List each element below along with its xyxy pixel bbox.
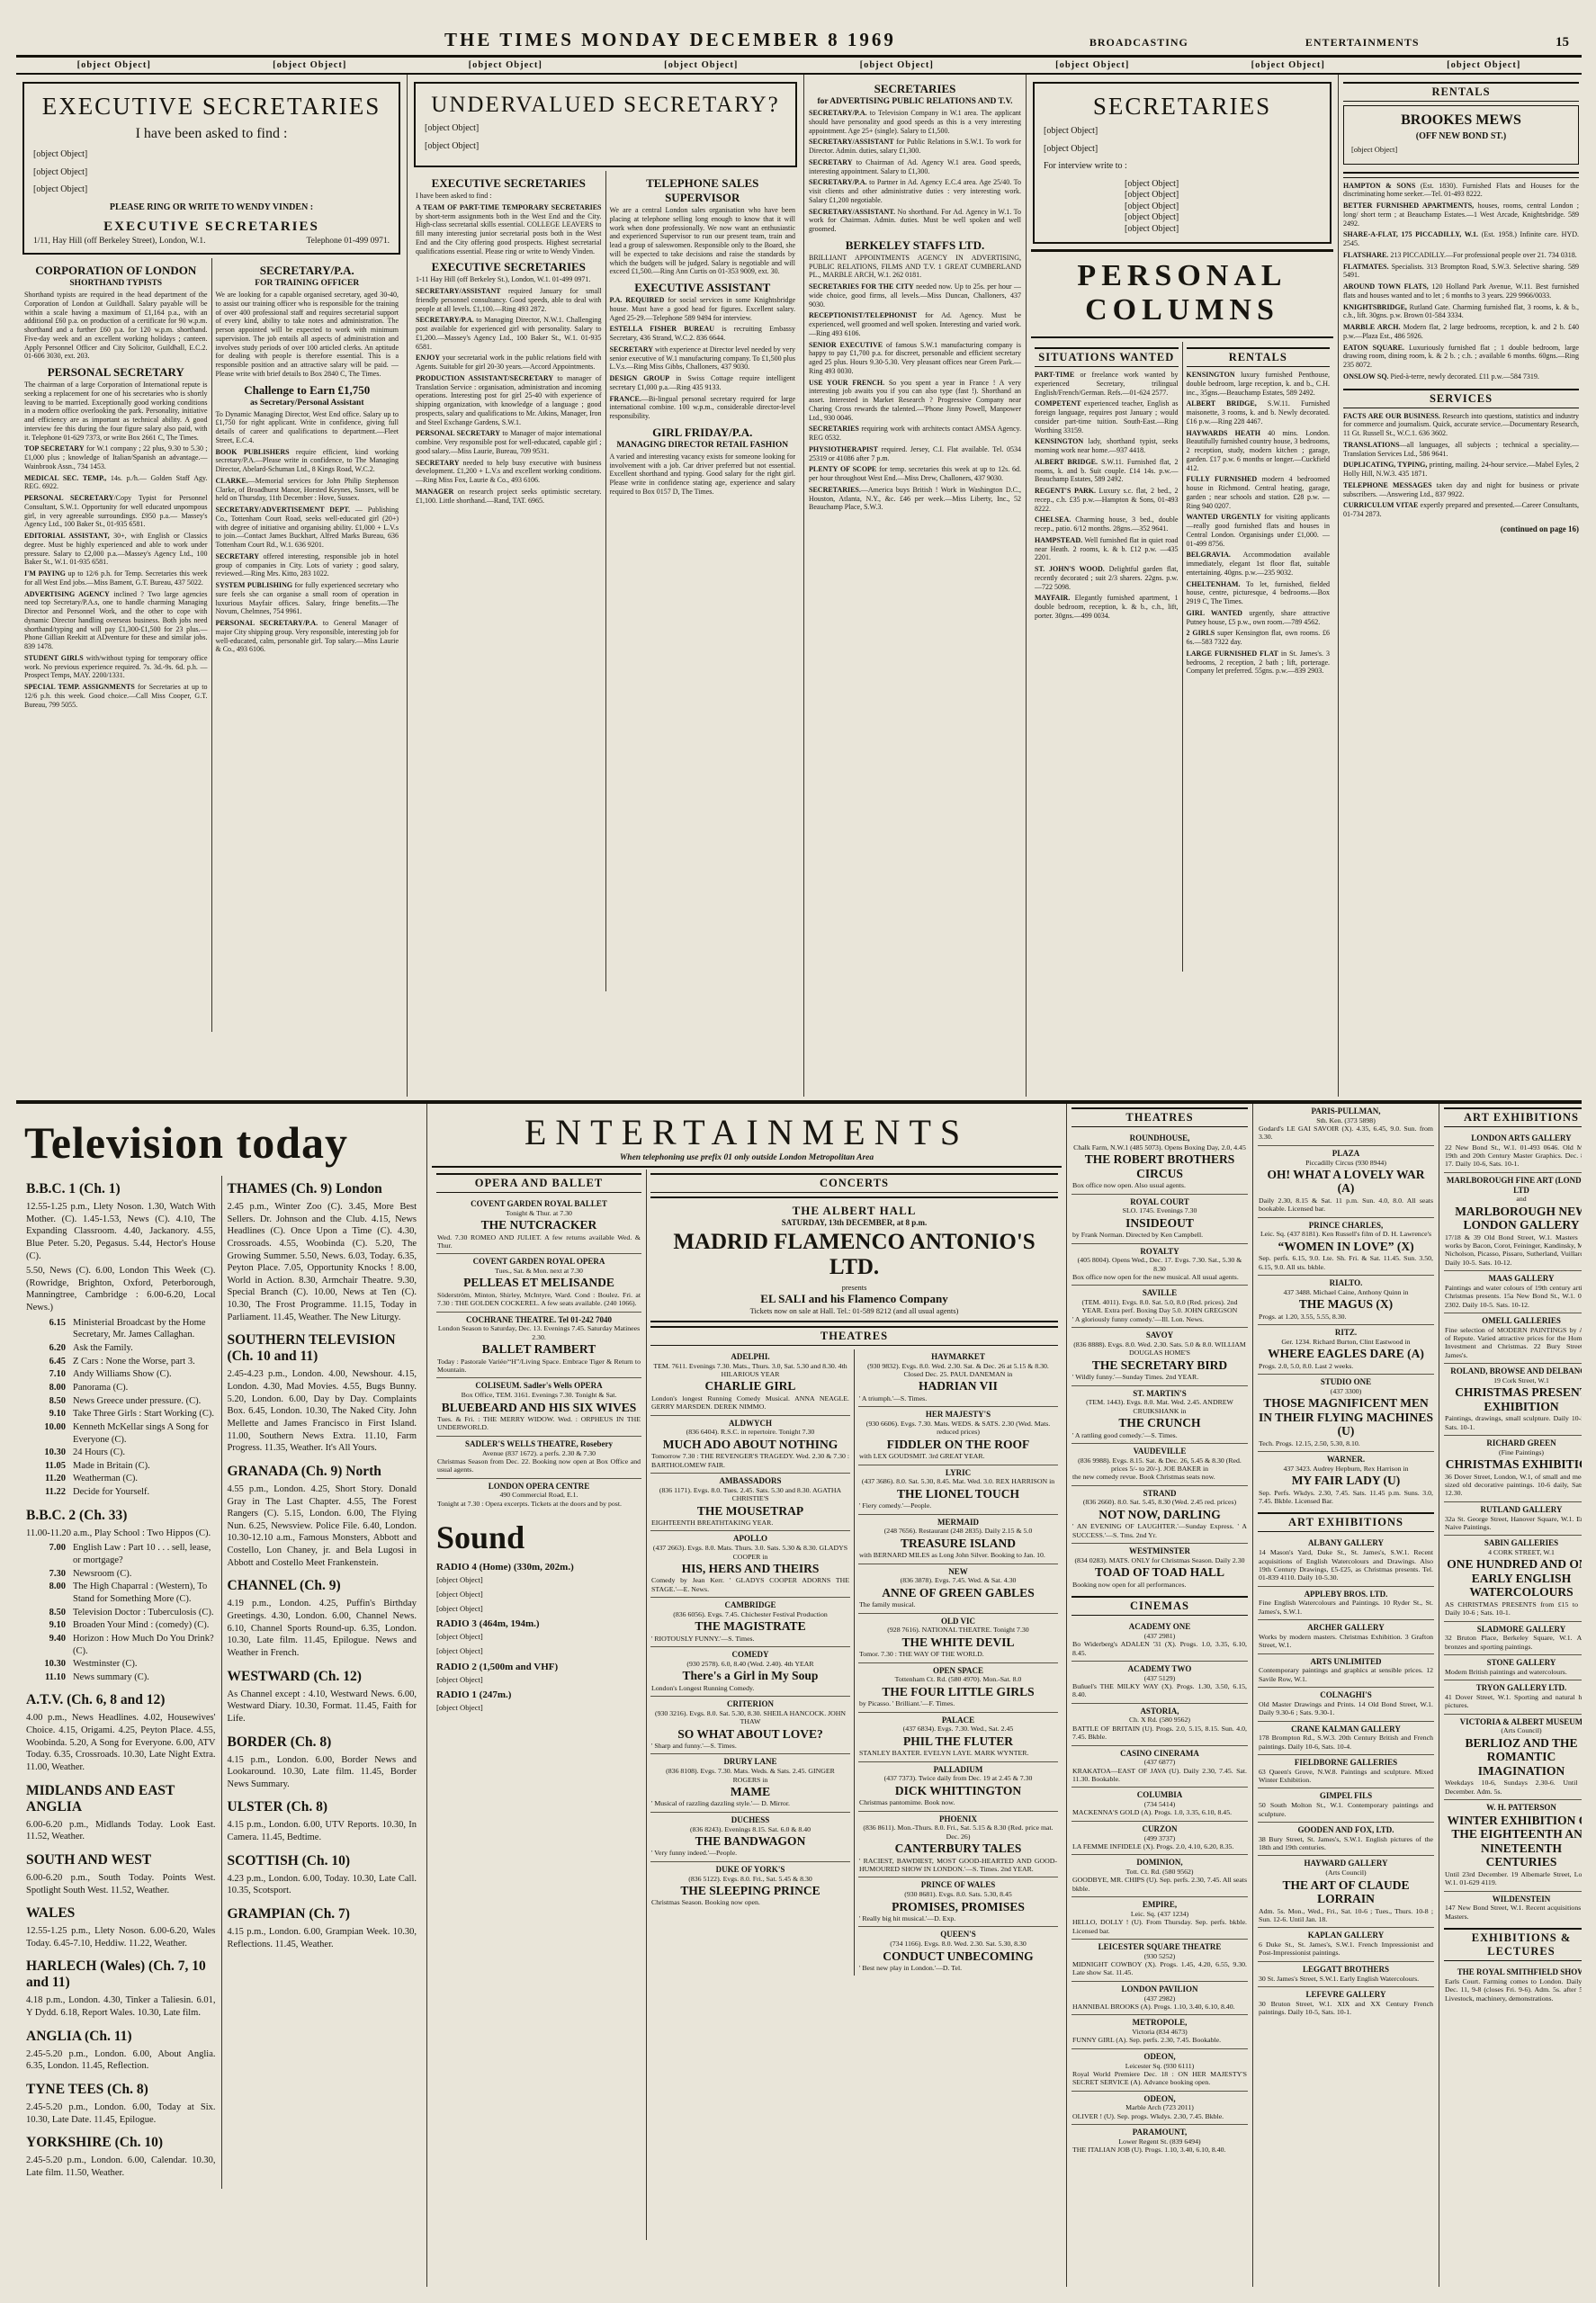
ad-title: BROOKES MEWS [1351, 112, 1571, 129]
cinema-entry: LONDON PAVILION (437 2982) HANNIBAL BROO… [1071, 1982, 1248, 2015]
tv-listing-title: Z Cars : None the Worse, part 3. [73, 1356, 216, 1368]
cinema-entry: PARIS-PULLMAN, Sth. Ken. (373 5898) Goda… [1258, 1104, 1434, 1146]
column-headers: [object Object][object Object][object Ob… [16, 58, 1582, 75]
tv-channel-name: B.B.C. 1 (Ch. 1) [26, 1181, 216, 1197]
classified-ad: CURRICULUM VITAE expertly prepared and p… [1343, 501, 1579, 519]
classified-col-5: SECRETARIES for ADVERTISING PUBLIC RELAT… [804, 75, 1027, 1097]
tv-listing: 7.00 English Law : Part 10 . . . sell, l… [26, 1542, 216, 1566]
classified-ad: FACTS ARE OUR BUSINESS. Research into qu… [1343, 412, 1579, 438]
tv-listing: 6.45 Z Cars : None the Worse, part 3. [26, 1356, 216, 1368]
radio-station-name: RADIO 1 (247m.) [436, 1689, 641, 1700]
tv-listing-title: English Law : Part 10 . . . sell, lease,… [73, 1542, 216, 1566]
tv-channel-name: B.B.C. 2 (Ch. 33) [26, 1508, 216, 1524]
tv-channel-intro: 4.15 p.m., London. 6.00, Border News and… [228, 1754, 417, 1791]
tv-listing-title: Decide for Yourself. [73, 1486, 216, 1499]
listing-entry: LONDON OPERA CENTRE 490 Commercial Road,… [436, 1479, 641, 1511]
radio-station: RADIO 2 (1,500m and VHF) [object Object] [436, 1662, 641, 1685]
classified-ad: BOOK PUBLISHERS require efficient, kind … [216, 448, 399, 474]
cinema-entry: ODEON, Leicester Sq. (930 6111) Royal Wo… [1071, 2049, 1248, 2092]
situations-wanted-header: SITUATIONS WANTED [1035, 347, 1179, 367]
column-header: [object Object] [1190, 60, 1386, 70]
theatre-entry: DRURY LANE (836 8108). Evgs. 7.30. Mats.… [650, 1754, 850, 1812]
classified-ad: ADVERTISING AGENCY inclined ? Two large … [24, 590, 208, 651]
block-heading: TELEPHONE SALES SUPERVISOR [610, 176, 796, 205]
classified-ad: SECRETARY to Chairman of Ad. Agency W.1 … [809, 158, 1021, 176]
display-ad-albert-hall: THE ALBERT HALL SATURDAY, 13th DECEMBER,… [650, 1196, 1058, 1322]
block-subheading: FOR TRAINING OFFICER [216, 279, 399, 288]
block-heading: SECRETARY/P.A. [216, 264, 399, 278]
tv-listing-time: 11.05 [26, 1460, 73, 1473]
theatre-entry: PALLADIUM (437 7373). Twice daily from D… [858, 1762, 1058, 1812]
entertainments-banner: ENTERTAINMENTS [432, 1111, 1062, 1153]
block-heading: EXECUTIVE SECRETARIES [416, 260, 602, 274]
tv-channel-intro: 2.45-5.20 p.m., London. 6.00, Calendar. … [26, 2155, 216, 2179]
classified-ad: FRANCE.—Bi-lingual personal secretary re… [610, 395, 796, 421]
classified-ad: MANAGER on research project seeks optimi… [416, 488, 602, 506]
cinema-entry: ODEON, Marble Arch (723 2011) OLIVER ! (… [1071, 2092, 1248, 2125]
classified-ad: HAMPTON & SONS (Est. 1830). Furnished Fl… [1343, 182, 1579, 200]
classified-ad: RECEPTIONIST/TELEPHONIST for Ad. Agency.… [809, 311, 1021, 337]
classified-ad: SECRETARY/P.A. to Managing Director, N.W… [416, 316, 602, 351]
gallery-entry: LONDON ARTS GALLERY 22 New Bond St., W.1… [1444, 1131, 1582, 1173]
theatres-col-a: ADELPHI. TEM. 7611. Evenings 7.30. Mats.… [650, 1349, 855, 1976]
classified-ad: We are a central London sales organisati… [610, 206, 796, 276]
block-heading: EXECUTIVE SECRETARIES [416, 176, 602, 191]
block-subheading: MANAGING DIRECTOR RETAIL FASHION [610, 441, 796, 450]
rentals-header: RENTALS [1187, 347, 1331, 367]
tv-channel-name: SCOTTISH (Ch. 10) [228, 1853, 417, 1869]
classified-ad: SECRETARY/ADVERTISEMENT DEPT. — Publishi… [216, 506, 399, 550]
tv-listing-title: Andy Williams Show (C). [73, 1368, 216, 1381]
gallery-entry: ALBANY GALLERY 14 Mason's Yard, Duke St.… [1258, 1536, 1434, 1586]
classified-ad: PLENTY OF SCOPE for temp. secretaries th… [809, 465, 1021, 483]
theatre-entry: PALACE (437 6834). Evgs. 7.30. Wed., Sat… [858, 1713, 1058, 1762]
tv-listing-time: 10.30 [26, 1447, 73, 1459]
tv-listing-time: 6.15 [26, 1317, 73, 1341]
tv-channel: SOUTHERN TELEVISION (Ch. 10 and 11) 2.45… [228, 1332, 417, 1454]
column-header: [object Object] [212, 60, 408, 70]
column-header: [object Object] [995, 60, 1191, 70]
concerts-theatres-wrap: CONCERTS THE ALBERT HALL SATURDAY, 13th … [647, 1169, 1062, 2240]
column-header: [object Object] [1386, 60, 1583, 70]
gallery-entry: MARLBOROUGH FINE ART (LONDON) LTD and MA… [1444, 1173, 1582, 1271]
display-ad-times-secretaries: SECRETARIES [object Object][object Objec… [1033, 82, 1331, 244]
sound-header: Sound [436, 1519, 641, 1556]
classified-ad: ST. JOHN'S WOOD. Delightful garden flat,… [1035, 565, 1179, 591]
page-number: 15 [1556, 35, 1569, 50]
tv-channel-intro: As Channel except : 4.10, Westward News.… [228, 1689, 417, 1725]
tv-listing-time: 8.50 [26, 1607, 73, 1619]
cinema-entry: COLUMBIA (734 5414) MACKENNA'S GOLD (A).… [1071, 1788, 1248, 1821]
tv-channel: TYNE TEES (Ch. 8) 2.45-5.20 p.m., London… [26, 2082, 216, 2126]
block-subheading: SHORTHAND TYPISTS [24, 279, 208, 288]
masthead: THE TIMES MONDAY DECEMBER 8 1969 BROADCA… [16, 5, 1582, 58]
radio-station: RADIO 4 (Home) (330m, 202m.) [object Obj… [436, 1562, 641, 1613]
tv-channel-name: YORKSHIRE (Ch. 10) [26, 2135, 216, 2151]
classified-ad: REGENT'S PARK. Luxury s.c. flat, 2 bed.,… [1035, 487, 1179, 513]
classified-ad: GIRL WANTED urgently, share attractive P… [1187, 609, 1331, 627]
theatres-header: THEATRES [650, 1326, 1058, 1346]
theatre-entry: SAVILLE (TEM. 4011). Evgs. 8.0. Sat. 5.0… [1071, 1286, 1248, 1328]
classified-group-b: UNDERVALUED SECRETARY? [object Object][o… [408, 75, 804, 1097]
ad-for-line: For interview write to : [1044, 161, 1321, 173]
classified-ad: WANTED URGENTLY for visiting applicants—… [1187, 513, 1331, 548]
classified-ad: FULLY FURNISHED modern 4 bedroomed house… [1187, 475, 1331, 510]
entertainments: ENTERTAINMENTS When telephoning use pref… [427, 1104, 1067, 2287]
classified-ad: P.A. REQUIRED for social services in som… [610, 296, 796, 322]
tv-listing-time: 6.45 [26, 1356, 73, 1368]
ad-paragraph: [object Object] [425, 141, 786, 153]
ad-subtitle: (OFF NEW BOND ST.) [1351, 131, 1571, 141]
tv-listing: 6.15 Ministerial Broadcast by the Home S… [26, 1317, 216, 1341]
classified-ad: PERSONAL SECRETARY/P.A. to General Manag… [216, 619, 399, 654]
classified-ad: 2 GIRLS super Kensington flat, own rooms… [1187, 629, 1331, 647]
tv-channel: ULSTER (Ch. 8) 4.15 p.m., London. 6.00, … [228, 1799, 417, 1843]
theatre-entry: OLD VIC (928 7616). NATIONAL THEATRE. To… [858, 1614, 1058, 1663]
gallery-entry: SLADMORE GALLERY 32 Bruton Place, Berkel… [1444, 1622, 1582, 1655]
classified-ad: SECRETARY/ASSISTANT required January for… [416, 287, 602, 313]
cinema-entry: PLAZA Piccadilly Circus (930 8944) OH! W… [1258, 1146, 1434, 1218]
classified-group-a: EXECUTIVE SECRETARIES I have been asked … [16, 75, 408, 1097]
classified-ad: ONSLOW SQ. Pied-à-terre, newly decorated… [1343, 372, 1579, 381]
tv-channel-name: ANGLIA (Ch. 11) [26, 2029, 216, 2045]
classified-ad: SYSTEM PUBLISHING for fully experienced … [216, 581, 399, 616]
classified-ad: AROUND TOWN FLATS, 120 Holland Park Aven… [1343, 282, 1579, 300]
classified-ad: ESTELLA FISHER BUREAU is recruiting Emba… [610, 325, 796, 343]
tv-listing: 10.00 Kenneth McKellar sings A Song for … [26, 1421, 216, 1446]
classified-block: EXECUTIVE ASSISTANT P.A. REQUIRED for so… [610, 281, 796, 421]
theatre-entry: LYRIC (437 3686). 8.0. Sat. 5.30, 8.45. … [858, 1465, 1058, 1515]
tv-listing: 6.20 Ask the Family. [26, 1342, 216, 1355]
classified-ad: PERSONAL SECRETARY/Copy Typist for Perso… [24, 494, 208, 529]
tv-listing-title: Kenneth McKellar sings A Song for Everyo… [73, 1421, 216, 1446]
classified-block: GIRL FRIDAY/P.A. MANAGING DIRECTOR RETAI… [610, 426, 796, 497]
tv-channel: SOUTH AND WEST 6.00-6.20 p.m., South Tod… [26, 1852, 216, 1896]
classified-ad: SECRETARIES FOR THE CITY needed now. Up … [809, 282, 1021, 309]
tv-listing-time: 11.20 [26, 1473, 73, 1485]
cinema-entry: STUDIO ONE (437 3300) THOSE MAGNIFICENT … [1258, 1375, 1434, 1452]
theatre-entry: QUEEN'S (734 1166). Evgs. 8.0. Wed. 2.30… [858, 1927, 1058, 1976]
gallery-entry: OMELL GALLERIES Fine selection of MODERN… [1444, 1313, 1582, 1364]
tv-channel-intro: 6.00-6.20 p.m., South Today. Points West… [26, 1872, 216, 1896]
classified-ad: DUPLICATING, TYPING, printing, mailing. … [1343, 461, 1579, 479]
classified-col-4: TELEPHONE SALES SUPERVISOR We are a cent… [606, 171, 800, 991]
classified-ad: LARGE FURNISHED FLAT in St. James's. 3 b… [1187, 650, 1331, 676]
tv-listing: 11.10 News summary (C). [26, 1671, 216, 1684]
tv-listing-title: Ministerial Broadcast by the Home Secret… [73, 1317, 216, 1341]
tv-listing-title: Television Doctor : Tuberculosis (C). [73, 1607, 216, 1619]
theatre-entry: ROUNDHOUSE, Chalk Farm, N.W.1 (485 5073)… [1071, 1131, 1248, 1195]
tv-listing-title: 24 Hours (C). [73, 1447, 216, 1459]
tv-channel: ANGLIA (Ch. 11) 2.45-5.20 p.m., London. … [26, 2029, 216, 2073]
tv-listing-time: 8.50 [26, 1395, 73, 1408]
block-heading: GIRL FRIDAY/P.A. [610, 426, 796, 440]
gallery-entry: VICTORIA & ALBERT MUSEUM (Arts Council) … [1444, 1715, 1582, 1800]
tv-channel-intro: 4.19 p.m., London. 4.25, Puffin's Birthd… [228, 1598, 417, 1659]
classified-ad: SECRETARY offered interesting, responsib… [216, 552, 399, 578]
cinemas-art-column: PARIS-PULLMAN, Sth. Ken. (373 5898) Goda… [1253, 1104, 1439, 2287]
classified-block: PART-TIME or freelance work wanted by ex… [1035, 371, 1179, 621]
classified-ad: SHARE-A-FLAT, 175 PICCADILLY, W.1. (Est.… [1343, 230, 1579, 248]
tv-listing-time: 6.20 [26, 1342, 73, 1355]
classified-ad: I'M PAYING up to 12/6 p.h. for Temp. Sec… [24, 569, 208, 587]
tv-channel-name: TYNE TEES (Ch. 8) [26, 2082, 216, 2098]
radio-schedule: [object Object] [436, 1604, 641, 1614]
tv-channel: YORKSHIRE (Ch. 10) 2.45-5.20 p.m., Londo… [26, 2135, 216, 2179]
theatres-header-2: THEATRES [1071, 1107, 1248, 1127]
classified-ad: 1-11 Hay Hill (off Berkeley St.), London… [416, 275, 602, 284]
tv-channel-intro: 4.23 p.m., London. 6.00, Today. 10.30, L… [228, 1873, 417, 1897]
art-exhibitions-header-2: ART EXHIBITIONS [1444, 1107, 1582, 1127]
classified-ad: EATON SQUARE. Luxuriously furnished flat… [1343, 344, 1579, 370]
tv-col-left: B.B.C. 1 (Ch. 1) 12.55-1.25 p.m., Llety … [21, 1176, 222, 2189]
radio-station: RADIO 1 (247m.) [object Object] [436, 1689, 641, 1713]
ad-address-line: [object Object] [1125, 190, 1321, 202]
tv-channel-intro: 12.55-1.25 p.m., Llety Noson. 6.00-6.20,… [26, 1925, 216, 1949]
tv-channel: WESTWARD (Ch. 12) As Channel except : 4.… [228, 1669, 417, 1725]
tv-listing-title: News Greece under pressure. (C). [73, 1395, 216, 1408]
classified-ad: PERSONAL SECRETARY to Manager of major i… [416, 429, 602, 455]
radio-schedule: [object Object] [436, 1632, 641, 1642]
classified-ad: BRILLIANT APPOINTMENTS AGENCY IN ADVERTI… [809, 254, 1021, 280]
gallery-entry: ARTS UNLIMITED Contemporary paintings an… [1258, 1654, 1434, 1688]
tv-listing-time: 8.00 [26, 1581, 73, 1605]
tv-channel-intro: 4.00 p.m., News Headlines. 4.02, Housewi… [26, 1712, 216, 1773]
gallery-entry: ROLAND, BROWSE AND DELBANCO 19 Cork Stre… [1444, 1364, 1582, 1436]
display-ad-brookes-mews: BROOKES MEWS (OFF NEW BOND ST.) [object … [1343, 105, 1579, 165]
cinema-entry: DOMINION, Tott. Ct. Rd. (580 9562) GOODB… [1071, 1855, 1248, 1897]
tv-channel-intro: 11.00-11.20 a.m., Play School : Two Hipp… [26, 1528, 216, 1540]
cinema-entry: PRINCE CHARLES, Leic. Sq. (437 8181). Ke… [1258, 1218, 1434, 1276]
classified-block: PERSONAL SECRETARY The chairman of a lar… [24, 365, 208, 709]
classified-col-3: EXECUTIVE SECRETARIES I have been asked … [412, 171, 606, 991]
block-heading: Challenge to Earn £1,750 [216, 383, 399, 398]
rentals-far-col: RENTALS BROOKES MEWS (OFF NEW BOND ST.) … [1339, 75, 1582, 1097]
ad-address-line: [object Object] [1125, 202, 1321, 213]
cinemas-header: CINEMAS [1071, 1596, 1248, 1616]
tv-channel-intro: 2.45-5.20 p.m., London. 6.00, About Angl… [26, 2048, 216, 2073]
tv-channel-intro: 4.15 p.m., London. 6.00, UTV Reports. 10… [228, 1819, 417, 1843]
classified-ad: A TEAM OF PART-TIME TEMPORARY SECRETARIE… [416, 203, 602, 256]
column-header: [object Object] [604, 60, 800, 70]
block-heading: CORPORATION OF LONDON [24, 264, 208, 278]
tv-listing-title: The High Chaparral : (Western), To Stand… [73, 1581, 216, 1605]
block-subheading: as Secretary/Personal Assistant [216, 399, 399, 408]
ad-signature: EXECUTIVE SECRETARIES [33, 220, 390, 235]
classified-ad: SPECIAL TEMP. ASSIGNMENTS for Secretarie… [24, 683, 208, 709]
block-heading: PERSONAL SECRETARY [24, 365, 208, 380]
tv-channel-name: SOUTHERN TELEVISION (Ch. 10 and 11) [228, 1332, 417, 1365]
tv-channel-intro: 4.18 p.m., London. 4.30, Tinker a Talies… [26, 1994, 216, 2019]
ad-paragraph: [object Object] [33, 167, 390, 179]
tv-listing-time: 7.10 [26, 1368, 73, 1381]
ad-address-line: [object Object] [1125, 224, 1321, 236]
tv-listing-time: 11.22 [26, 1486, 73, 1499]
ad-paragraph: [object Object] [33, 149, 390, 161]
tv-listing-title: Panorama (C). [73, 1382, 216, 1394]
classified-ad: TOP SECRETARY for W.1 company ; 22 plus,… [24, 444, 208, 470]
theatre-entry: OPEN SPACE Tottenham Ct. Rd. (580 4970).… [858, 1663, 1058, 1713]
classified-ad: MEDICAL SEC. TEMP., 14s. p./h.— Golden S… [24, 474, 208, 492]
gallery-entry: RICHARD GREEN (Fine Paintings) CHRISTMAS… [1444, 1436, 1582, 1502]
tv-channel-name: SOUTH AND WEST [26, 1852, 216, 1868]
tv-channel-intro: 4.55 p.m., London. 4.25, Short Story. Do… [228, 1483, 417, 1569]
listing-entry: SADLER'S WELLS THEATRE, Rosebery Avenue … [436, 1437, 641, 1479]
radio-schedule: [object Object] [436, 1646, 641, 1656]
classified-ad: DESIGN GROUP in Swiss Cottage require in… [610, 374, 796, 392]
gallery-entry: LEGGATT BROTHERS 30 St. James's Street, … [1258, 1962, 1434, 1987]
ad-address-line: [object Object] [1125, 179, 1321, 191]
tv-channel: SCOTTISH (Ch. 10) 4.23 p.m., London. 6.0… [228, 1853, 417, 1897]
ad-paragraph: [object Object] [1351, 145, 1571, 155]
display-ad-undervalued-secretary: UNDERVALUED SECRETARY? [object Object][o… [414, 82, 797, 167]
ad-paragraph: [object Object] [1044, 126, 1321, 138]
tv-channel-intro: 2.45-5.20 p.m., London. 6.00, Today at S… [26, 2101, 216, 2126]
gallery-entry: CRANE KALMAN GALLERY 178 Brompton Rd., S… [1258, 1722, 1434, 1755]
theatre-entry: ST. MARTIN'S (TEM. 1443). Evgs. 8.0. Mat… [1071, 1386, 1248, 1444]
classified-block: HAMPTON & SONS (Est. 1830). Furnished Fl… [1343, 172, 1579, 381]
theatre-entry: NEW (836 3878). Evgs. 7.45. Wed. & Sat. … [858, 1564, 1058, 1614]
ad-telephone: Telephone 01-499 0971. [307, 237, 390, 246]
listing-entry: COVENT GARDEN ROYAL BALLET Tonight & Thu… [436, 1196, 641, 1254]
entertainments-tagline: When telephoning use prefix 01 only outs… [432, 1153, 1062, 1168]
classified-ad: CLARKE.—Memorial services for John Phili… [216, 477, 399, 503]
tv-channel: MIDLANDS AND EAST ANGLIA 6.00-6.20 p.m.,… [26, 1783, 216, 1843]
classified-ad: STUDENT GIRLS with/without typing for te… [24, 654, 208, 680]
art-exhibitions-column: ART EXHIBITIONS LONDON ARTS GALLERY 22 N… [1439, 1104, 1582, 2287]
classified-ad: EDITORIAL ASSISTANT, 30+, with English o… [24, 532, 208, 567]
cinema-entry: RITZ. Ger. 1234. Richard Burton, Clint E… [1258, 1325, 1434, 1375]
block-section-header: SERVICES [1343, 389, 1579, 408]
gallery-entry: RUTLAND GALLERY 32a St. George Street, H… [1444, 1502, 1582, 1536]
classified-ad: A varied and interesting vacancy exists … [610, 453, 796, 497]
tv-channel: GRAMPIAN (Ch. 7) 4.15 p.m., London. 6.00… [228, 1906, 417, 1950]
classified-ad: MAYFAIR. Elegantly furnished apartment, … [1035, 594, 1179, 620]
classified-ad: CHELSEA. Charming house, 3 bed., double … [1035, 515, 1179, 533]
classified-block: SECRETARIES for ADVERTISING PUBLIC RELAT… [809, 82, 1021, 234]
classified-ad: I have been asked to find : [416, 192, 602, 201]
tv-listing: 10.30 Westminster (C). [26, 1658, 216, 1671]
cinema-entry: ACADEMY TWO (437 5129) Buñuel's THE MILK… [1071, 1662, 1248, 1704]
listing-entry: COCHRANE THEATRE. Tel 01-242 7040 London… [436, 1313, 641, 1379]
tv-listing-time: 8.00 [26, 1382, 73, 1394]
television-today-header: Television today [24, 1116, 422, 1169]
tv-listing: 11.05 Made in Britain (C). [26, 1460, 216, 1473]
gallery-entry: LEFEVRE GALLERY 30 Bruton Street, W.1. X… [1258, 1987, 1434, 2020]
cinema-entry: CASINO CINERAMA (437 6877) KRAKATOA—EAST… [1071, 1746, 1248, 1788]
ad-paragraph: [object Object] [425, 123, 786, 135]
radio-schedule: [object Object] [436, 1703, 641, 1713]
newspaper-page: THE TIMES MONDAY DECEMBER 8 1969 BROADCA… [0, 0, 1596, 2303]
cinema-entry: PARAMOUNT, Lower Regent St. (839 6494) T… [1071, 2125, 1248, 2157]
gallery-entry: KAPLAN GALLERY 6 Duke St., St. James's, … [1258, 1928, 1434, 1961]
classified-block: BERKELEY STAFFS LTD. BRILLIANT APPOINTME… [809, 238, 1021, 512]
classified-ad: SECRETARY/ASSISTANT for Public Relations… [809, 138, 1021, 156]
theatre-entry: APOLLO (437 2663). Evgs. 8.0. Mats. Thur… [650, 1531, 850, 1598]
gallery-entry: STONE GALLERY Modern British paintings a… [1444, 1655, 1582, 1680]
classified-ad: COMPETENT experienced teacher, English a… [1035, 399, 1179, 435]
radio-schedule: [object Object] [436, 1675, 641, 1685]
classified-ad: To Dynamic Managing Director, West End o… [216, 410, 399, 445]
gallery-entry: COLNAGHI'S Old Master Drawings and Print… [1258, 1688, 1434, 1721]
radio-station: RADIO 3 (464m, 194m.) [object Object][ob… [436, 1618, 641, 1655]
cinema-entry: LEICESTER SQUARE THEATRE (930 5252) MIDN… [1071, 1940, 1248, 1982]
block-heading: BERKELEY STAFFS LTD. [809, 238, 1021, 253]
classifieds-section: EXECUTIVE SECRETARIES I have been asked … [16, 75, 1582, 1097]
block-subheading: for ADVERTISING PUBLIC RELATIONS AND T.V… [809, 97, 1021, 106]
personal-columns-group: SECRETARIES [object Object][object Objec… [1027, 75, 1339, 1097]
classified-ad: FLATMATES. Specialists. 313 Brompton Roa… [1343, 263, 1579, 281]
classified-ad: BELGRAVIA. Accommodation available immed… [1187, 551, 1331, 577]
tv-listing: 8.00 Panorama (C). [26, 1382, 216, 1394]
classified-block: EXECUTIVE SECRETARIES I have been asked … [416, 176, 602, 255]
tv-listing-title: Made in Britain (C). [73, 1460, 216, 1473]
tv-listing-title: Newsroom (C). [73, 1568, 216, 1581]
gallery-entry: APPLEBY BROS. LTD. Fine English Watercol… [1258, 1587, 1434, 1620]
tv-channel-name: WESTWARD (Ch. 12) [228, 1669, 417, 1685]
tv-listing-time: 10.00 [26, 1421, 73, 1446]
tv-listing-time: 7.00 [26, 1542, 73, 1566]
situations-wanted-col: SITUATIONS WANTED PART-TIME or freelance… [1031, 342, 1183, 972]
theatre-entry: PRINCE OF WALES (930 8681). Evgs. 8.0. S… [858, 1877, 1058, 1927]
radio-listings: RADIO 4 (Home) (330m, 202m.) [object Obj… [436, 1562, 641, 1713]
radio-station-name: RADIO 2 (1,500m and VHF) [436, 1662, 641, 1672]
classified-ad: MARBLE ARCH. Modern flat, 2 large bedroo… [1343, 323, 1579, 341]
column-header: [object Object] [16, 60, 212, 70]
tv-channel: HARLECH (Wales) (Ch. 7, 10 and 11) 4.18 … [26, 1958, 216, 2019]
ad-title: EXECUTIVE SECRETARIES [33, 93, 390, 121]
cinema-entry: CURZON (499 3737) LA FEMME INFIDELE (X).… [1071, 1822, 1248, 1855]
block-heading: SECRETARIES [809, 82, 1021, 96]
tv-channel-intro: 6.00-6.20 p.m., Midlands Today. Look Eas… [26, 1819, 216, 1843]
theatre-entry: HAYMARKET (930 9832). Evgs. 8.0. Wed. 2.… [858, 1349, 1058, 1407]
classified-ad: CHELTENHAM. To let, furnished, fielded h… [1187, 580, 1331, 606]
radio-schedule: [object Object] [436, 1590, 641, 1600]
tv-listing-time: 9.40 [26, 1633, 73, 1657]
classified-ad: The chairman of a large Corporation of I… [24, 381, 208, 442]
cinema-entry: METROPOLE, Victoria (834 4673) FUNNY GIR… [1071, 2015, 1248, 2048]
ad-paragraph: [object Object] [33, 184, 390, 196]
theatre-entry: HER MAJESTY'S (930 6606). Evgs. 7.30. Ma… [858, 1407, 1058, 1465]
classified-ad: KENSINGTON luxury furnished Penthouse, d… [1187, 371, 1331, 397]
tv-listing-title: Ask the Family. [73, 1342, 216, 1355]
tv-listing: 7.30 Newsroom (C). [26, 1568, 216, 1581]
gallery-entry: TRYON GALLERY LTD. 41 Dover Street, W.1.… [1444, 1680, 1582, 1714]
tv-channel: THAMES (Ch. 9) London 2.45 p.m., Winter … [228, 1181, 417, 1323]
classified-ad: ALBERT BRIDGE, S.W.11. Furnished maisone… [1187, 399, 1331, 426]
listing-entry: COLISEUM. Sadler's Wells OPERA Box Offic… [436, 1378, 641, 1436]
classified-ad: SECRETARY/P.A. to Television Company in … [809, 109, 1021, 135]
theatre-entry: AMBASSADORS (836 1171). Evgs. 8.0. Tues.… [650, 1474, 850, 1531]
ad-title: UNDERVALUED SECRETARY? [425, 93, 786, 118]
theatre-entry: CAMBRIDGE (836 6056). Evgs. 7.45. Chiche… [650, 1598, 850, 1647]
tv-listing: 8.50 Television Doctor : Tuberculosis (C… [26, 1607, 216, 1619]
section-label-entertainments: ENTERTAINMENTS [1305, 36, 1420, 49]
display-ad-executive-secretaries: EXECUTIVE SECRETARIES I have been asked … [22, 82, 400, 255]
rentals-col-inner: RENTALS KENSINGTON luxury furnished Pent… [1183, 342, 1334, 972]
tv-channel-name: CHANNEL (Ch. 9) [228, 1578, 417, 1594]
tv-channel: CHANNEL (Ch. 9) 4.19 p.m., London. 4.25,… [228, 1578, 417, 1659]
tv-listing-time: 7.30 [26, 1568, 73, 1581]
tv-channel-name: GRANADA (Ch. 9) North [228, 1464, 417, 1480]
tv-channel: A.T.V. (Ch. 6, 8 and 12) 4.00 p.m., News… [26, 1692, 216, 1773]
tv-listing-title: Horizon : How Much Do You Drink? (C). [73, 1633, 216, 1657]
tv-channel-intro: 2.45 p.m., Winter Zoo (C). 3.45, More Be… [228, 1201, 417, 1323]
gallery-entry: FIELDBORNE GALLERIES 63 Queen's Grove, N… [1258, 1755, 1434, 1788]
classified-ad: TRANSLATIONS—all languages, all subjects… [1343, 441, 1579, 459]
tv-channel: B.B.C. 2 (Ch. 33) 11.00-11.20 a.m., Play… [26, 1508, 216, 1684]
classified-ad: We are looking for a capable organised s… [216, 291, 399, 379]
